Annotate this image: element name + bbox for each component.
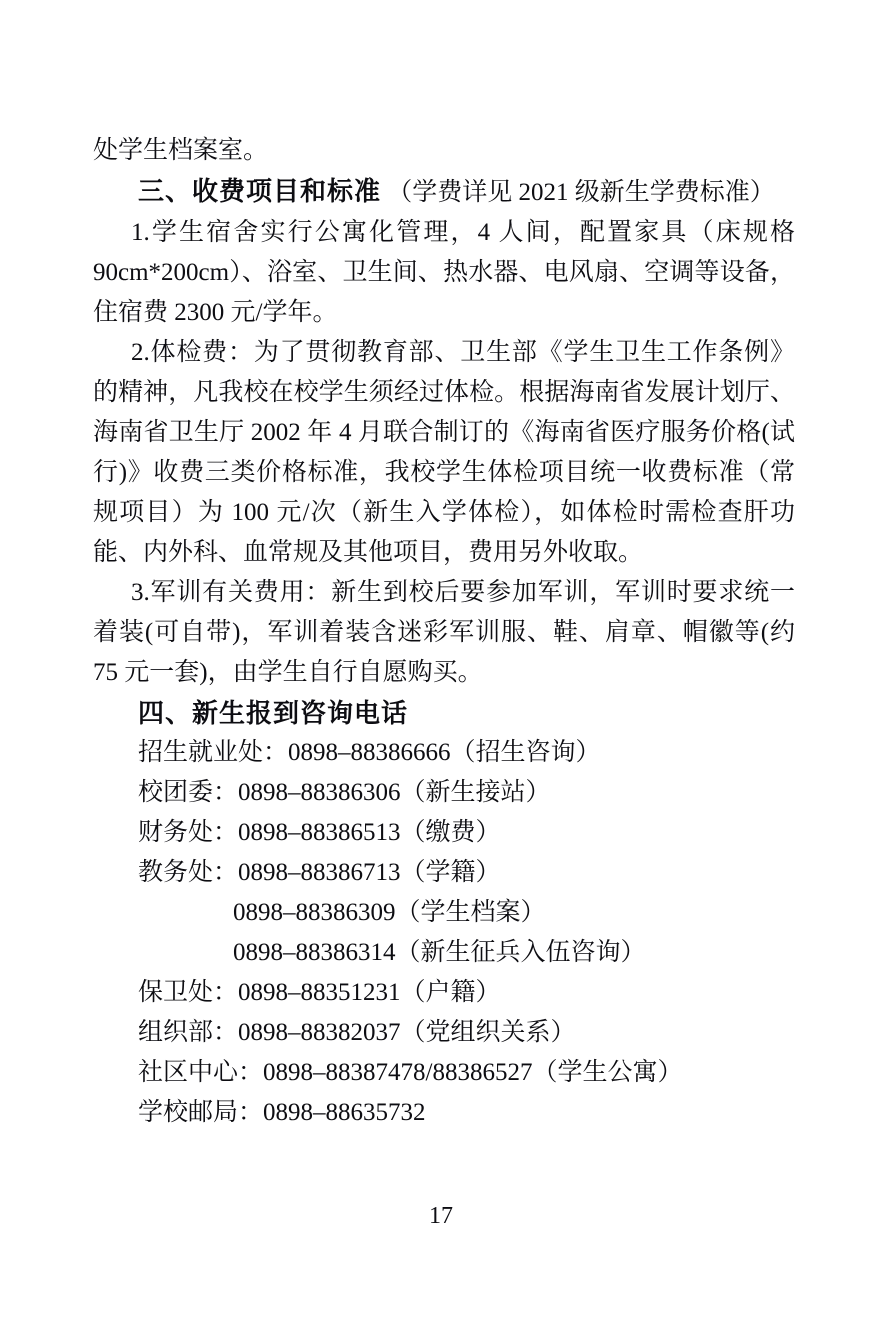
section3-heading-title: 三、收费项目和标准	[138, 176, 381, 206]
phone-line-academic-affairs: 教务处：0898–88386713（学籍）	[93, 853, 795, 893]
phone-line-security: 保卫处：0898–88351231（户籍）	[93, 973, 795, 1013]
document-page: 处学生档案室。 三、收费项目和标准 （学费详见 2021 级新生学费标准） 1.…	[0, 0, 882, 1323]
page-number: 17	[0, 1200, 882, 1232]
phone-line-admissions: 招生就业处：0898–88386666（招生咨询）	[93, 733, 795, 773]
section3-heading-note: （学费详见 2021 级新生学费标准）	[387, 179, 775, 206]
phone-line-organization-dept: 组织部：0898–88382037（党组织关系）	[93, 1013, 795, 1053]
document-content: 处学生档案室。 三、收费项目和标准 （学费详见 2021 级新生学费标准） 1.…	[93, 131, 795, 1133]
section4-heading: 四、新生报到咨询电话	[93, 693, 795, 733]
phone-line-conscription: 0898–88386314（新生征兵入伍咨询）	[93, 933, 795, 973]
paragraph-medical-exam-fee: 2.体检费：为了贯彻教育部、卫生部《学生卫生工作条例》的精神，凡我校在校学生须经…	[93, 333, 795, 573]
paragraph-intro-continuation: 处学生档案室。	[93, 131, 795, 171]
phone-line-community-center: 社区中心：0898–88387478/88386527（学生公寓）	[93, 1053, 795, 1093]
paragraph-military-training-fee: 3.军训有关费用：新生到校后要参加军训，军训时要求统一着装(可自带)，军训着装含…	[93, 573, 795, 693]
section3-heading: 三、收费项目和标准 （学费详见 2021 级新生学费标准）	[93, 171, 795, 213]
paragraph-dormitory-fee: 1.学生宿舍实行公寓化管理，4 人间，配置家具（床规格 90cm*200cm）、…	[93, 213, 795, 333]
phone-line-youth-league: 校团委：0898–88386306（新生接站）	[93, 773, 795, 813]
phone-line-post-office: 学校邮局：0898–88635732	[93, 1093, 795, 1133]
phone-list: 招生就业处：0898–88386666（招生咨询） 校团委：0898–88386…	[93, 733, 795, 1133]
phone-line-student-archives: 0898–88386309（学生档案）	[93, 893, 795, 933]
phone-line-finance: 财务处：0898–88386513（缴费）	[93, 813, 795, 853]
